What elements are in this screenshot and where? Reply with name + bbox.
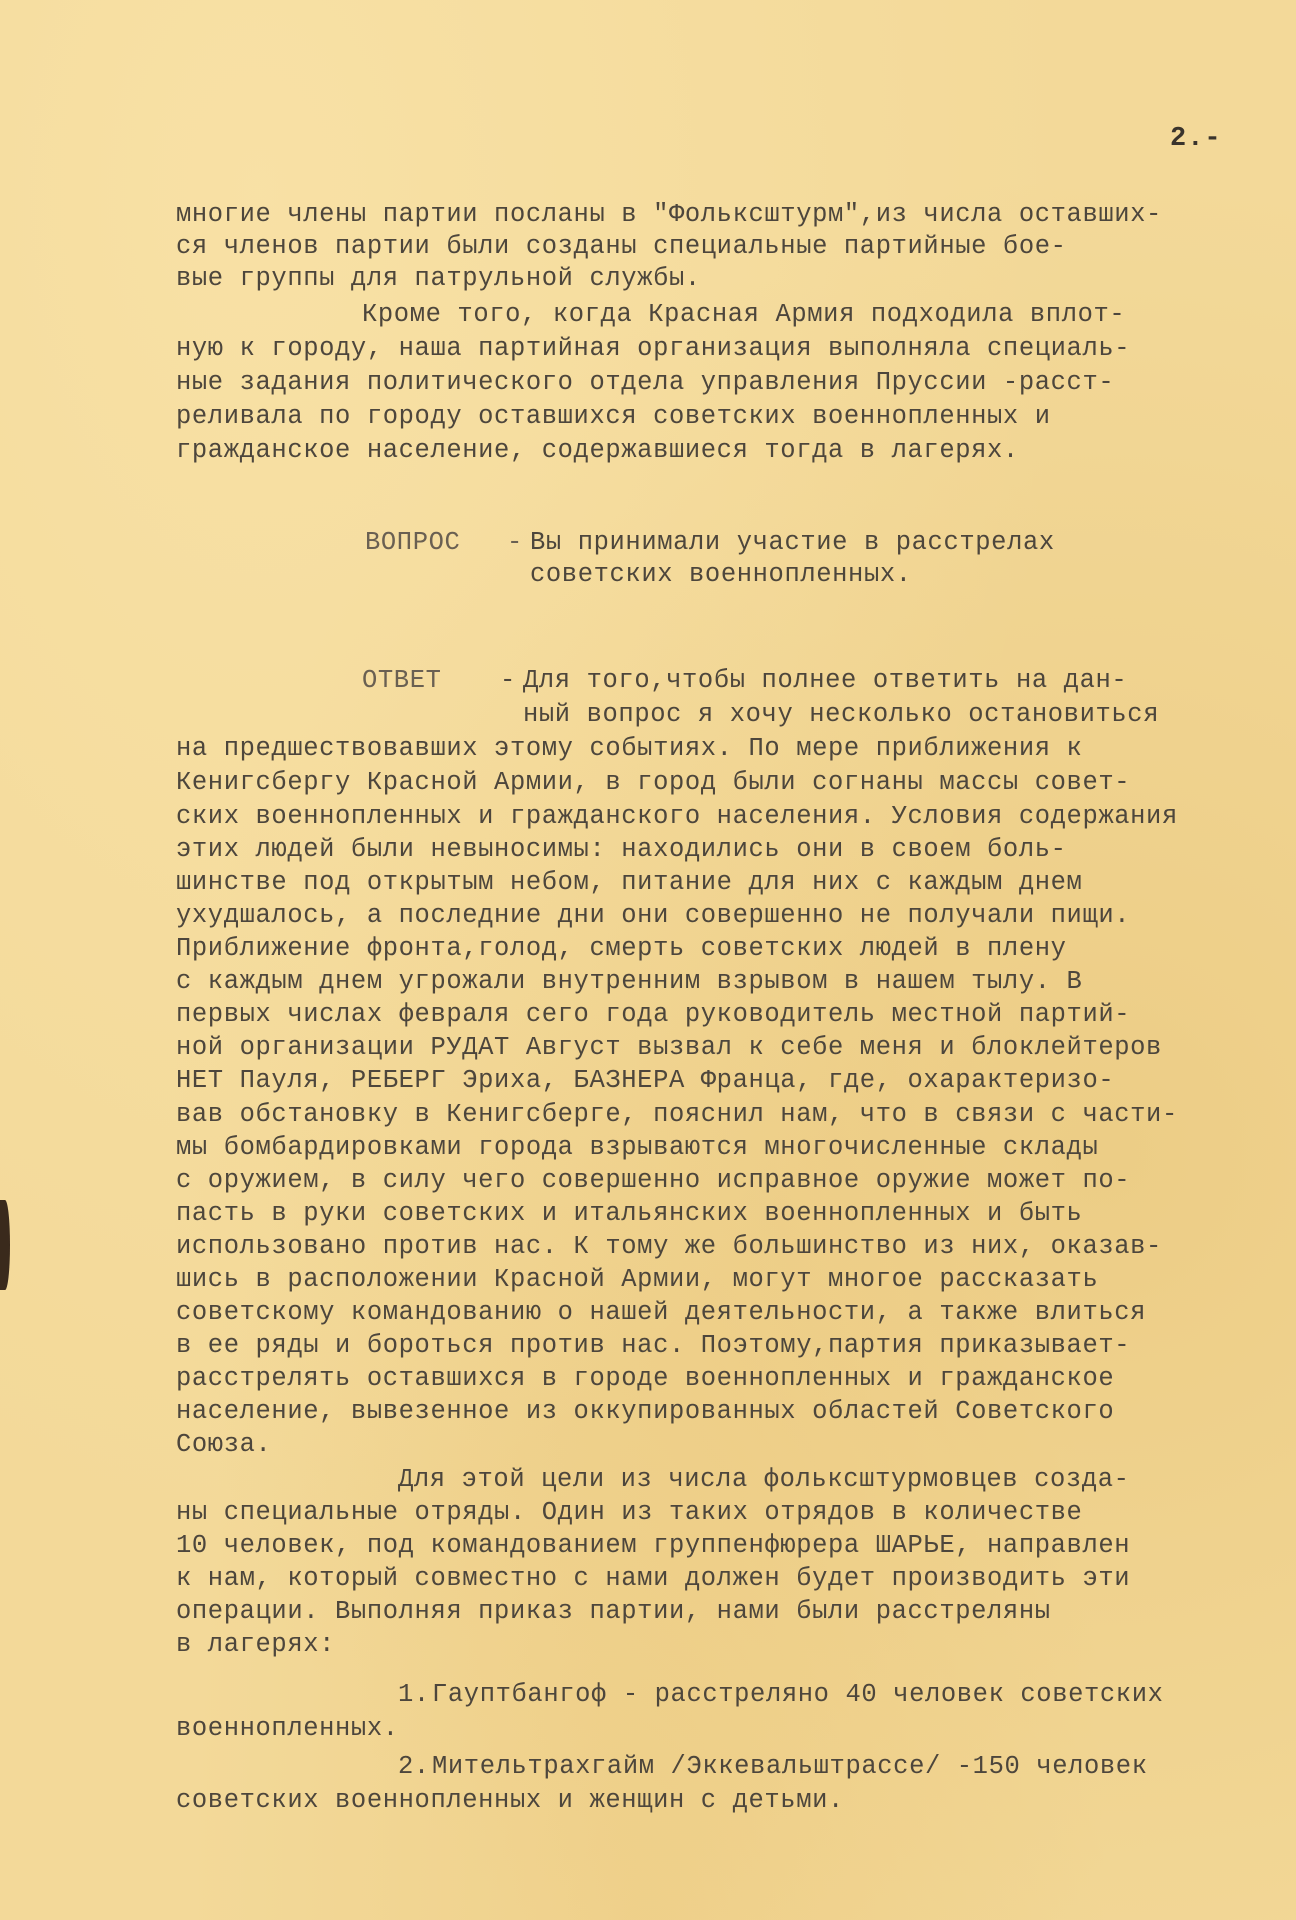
list-item-line: Мительтрахгайм /Эккевальштрассе/ -150 че… — [432, 1752, 1148, 1782]
list-item-number: 2. — [398, 1752, 430, 1782]
answer-line: шинстве под открытым небом, питание для … — [176, 868, 1082, 898]
answer-line: в ее ряды и бороться против нас. Поэтому… — [176, 1331, 1130, 1361]
answer-line: ских военнопленных и гражданского населе… — [176, 802, 1178, 832]
page-number: 2.- — [1170, 124, 1222, 154]
answer-line: мы бомбардировками города взрываются мно… — [176, 1133, 1098, 1163]
text-line: операции. Выполняя приказ партии, нами б… — [176, 1597, 1051, 1627]
text-line: ся членов партии были созданы специальны… — [176, 232, 1067, 262]
answer-line: пасть в руки советских и итальянских вое… — [176, 1199, 1082, 1229]
list-item-line: Гауптбангоф - расстреляно 40 человек сов… — [432, 1680, 1164, 1710]
text-line: 10 человек, под командованием группенфюр… — [176, 1531, 1130, 1561]
answer-line: НЕТ Пауля, РЕБЕРГ Эриха, БАЗНЕРА Франца,… — [176, 1066, 1114, 1096]
document-page: 2.- многие члены партии посланы в "Фольк… — [0, 0, 1296, 1920]
answer-label: ОТВЕТ — [362, 666, 442, 696]
answer-line: Союза. — [176, 1430, 271, 1460]
answer-line: ный вопрос я хочу несколько остановиться — [523, 700, 1159, 730]
text-line: вые группы для патрульной службы. — [176, 264, 701, 294]
answer-line: советскому командованию о нашей деятельн… — [176, 1298, 1146, 1328]
answer-line: ухудшалось, а последние дни они совершен… — [176, 901, 1130, 931]
question-line: Вы принимали участие в расстрелах — [530, 528, 1055, 558]
text-line: реливала по городу оставшихся советских … — [176, 402, 1051, 432]
text-line: ную к городу, наша партийная организация… — [176, 334, 1130, 364]
question-line: советских военнопленных. — [530, 560, 912, 590]
text-line: Для этой цели из числа фольксштурмовцев … — [398, 1465, 1130, 1495]
answer-line: Кенигсбергу Красной Армии, в город были … — [176, 768, 1130, 798]
text-line: ные задания политического отдела управле… — [176, 368, 1114, 398]
question-label: ВОПРОС — [365, 528, 460, 558]
answer-line: с оружием, в силу чего совершенно исправ… — [176, 1166, 1130, 1196]
list-item-number: 1. — [398, 1680, 430, 1710]
answer-line: с каждым днем угрожали внутренним взрыво… — [176, 967, 1082, 997]
answer-line: ной организации РУДАТ Август вызвал к се… — [176, 1033, 1162, 1063]
answer-line: расстрелять оставшихся в городе военнопл… — [176, 1364, 1114, 1394]
answer-line: первых числах февраля сего года руководи… — [176, 1000, 1130, 1030]
text-line: в лагерях: — [176, 1630, 335, 1660]
answer-line: шись в расположении Красной Армии, могут… — [176, 1265, 1098, 1295]
answer-line: Приближение фронта,голод, смерть советск… — [176, 934, 1067, 964]
text-line: ны специальные отряды. Один из таких отр… — [176, 1498, 1082, 1528]
answer-line: население, вывезенное из оккупированных … — [176, 1397, 1114, 1427]
answer-line: использовано против нас. К тому же больш… — [176, 1232, 1162, 1262]
list-item-line: военнопленных. — [176, 1714, 399, 1744]
text-line: Кроме того, когда Красная Армия подходил… — [362, 300, 1125, 330]
binding-mark — [0, 1200, 10, 1290]
answer-line: вав обстановку в Кенигсберге, пояснил на… — [176, 1100, 1178, 1130]
text-line: к нам, который совместно с нами должен б… — [176, 1564, 1130, 1594]
answer-line: этих людей были невыносимы: находились о… — [176, 835, 1067, 865]
answer-line: на предшествовавших этому событиях. По м… — [176, 734, 1082, 764]
list-item-line: советских военнопленных и женщин с детьм… — [176, 1786, 844, 1816]
text-line: гражданское население, содержавшиеся тог… — [176, 436, 1019, 466]
answer-line: Для того,чтобы полнее ответить на дан- — [523, 666, 1127, 696]
answer-dash: - — [500, 666, 516, 696]
text-line: многие члены партии посланы в "Фольксшту… — [176, 200, 1162, 230]
question-dash: - — [507, 528, 523, 558]
